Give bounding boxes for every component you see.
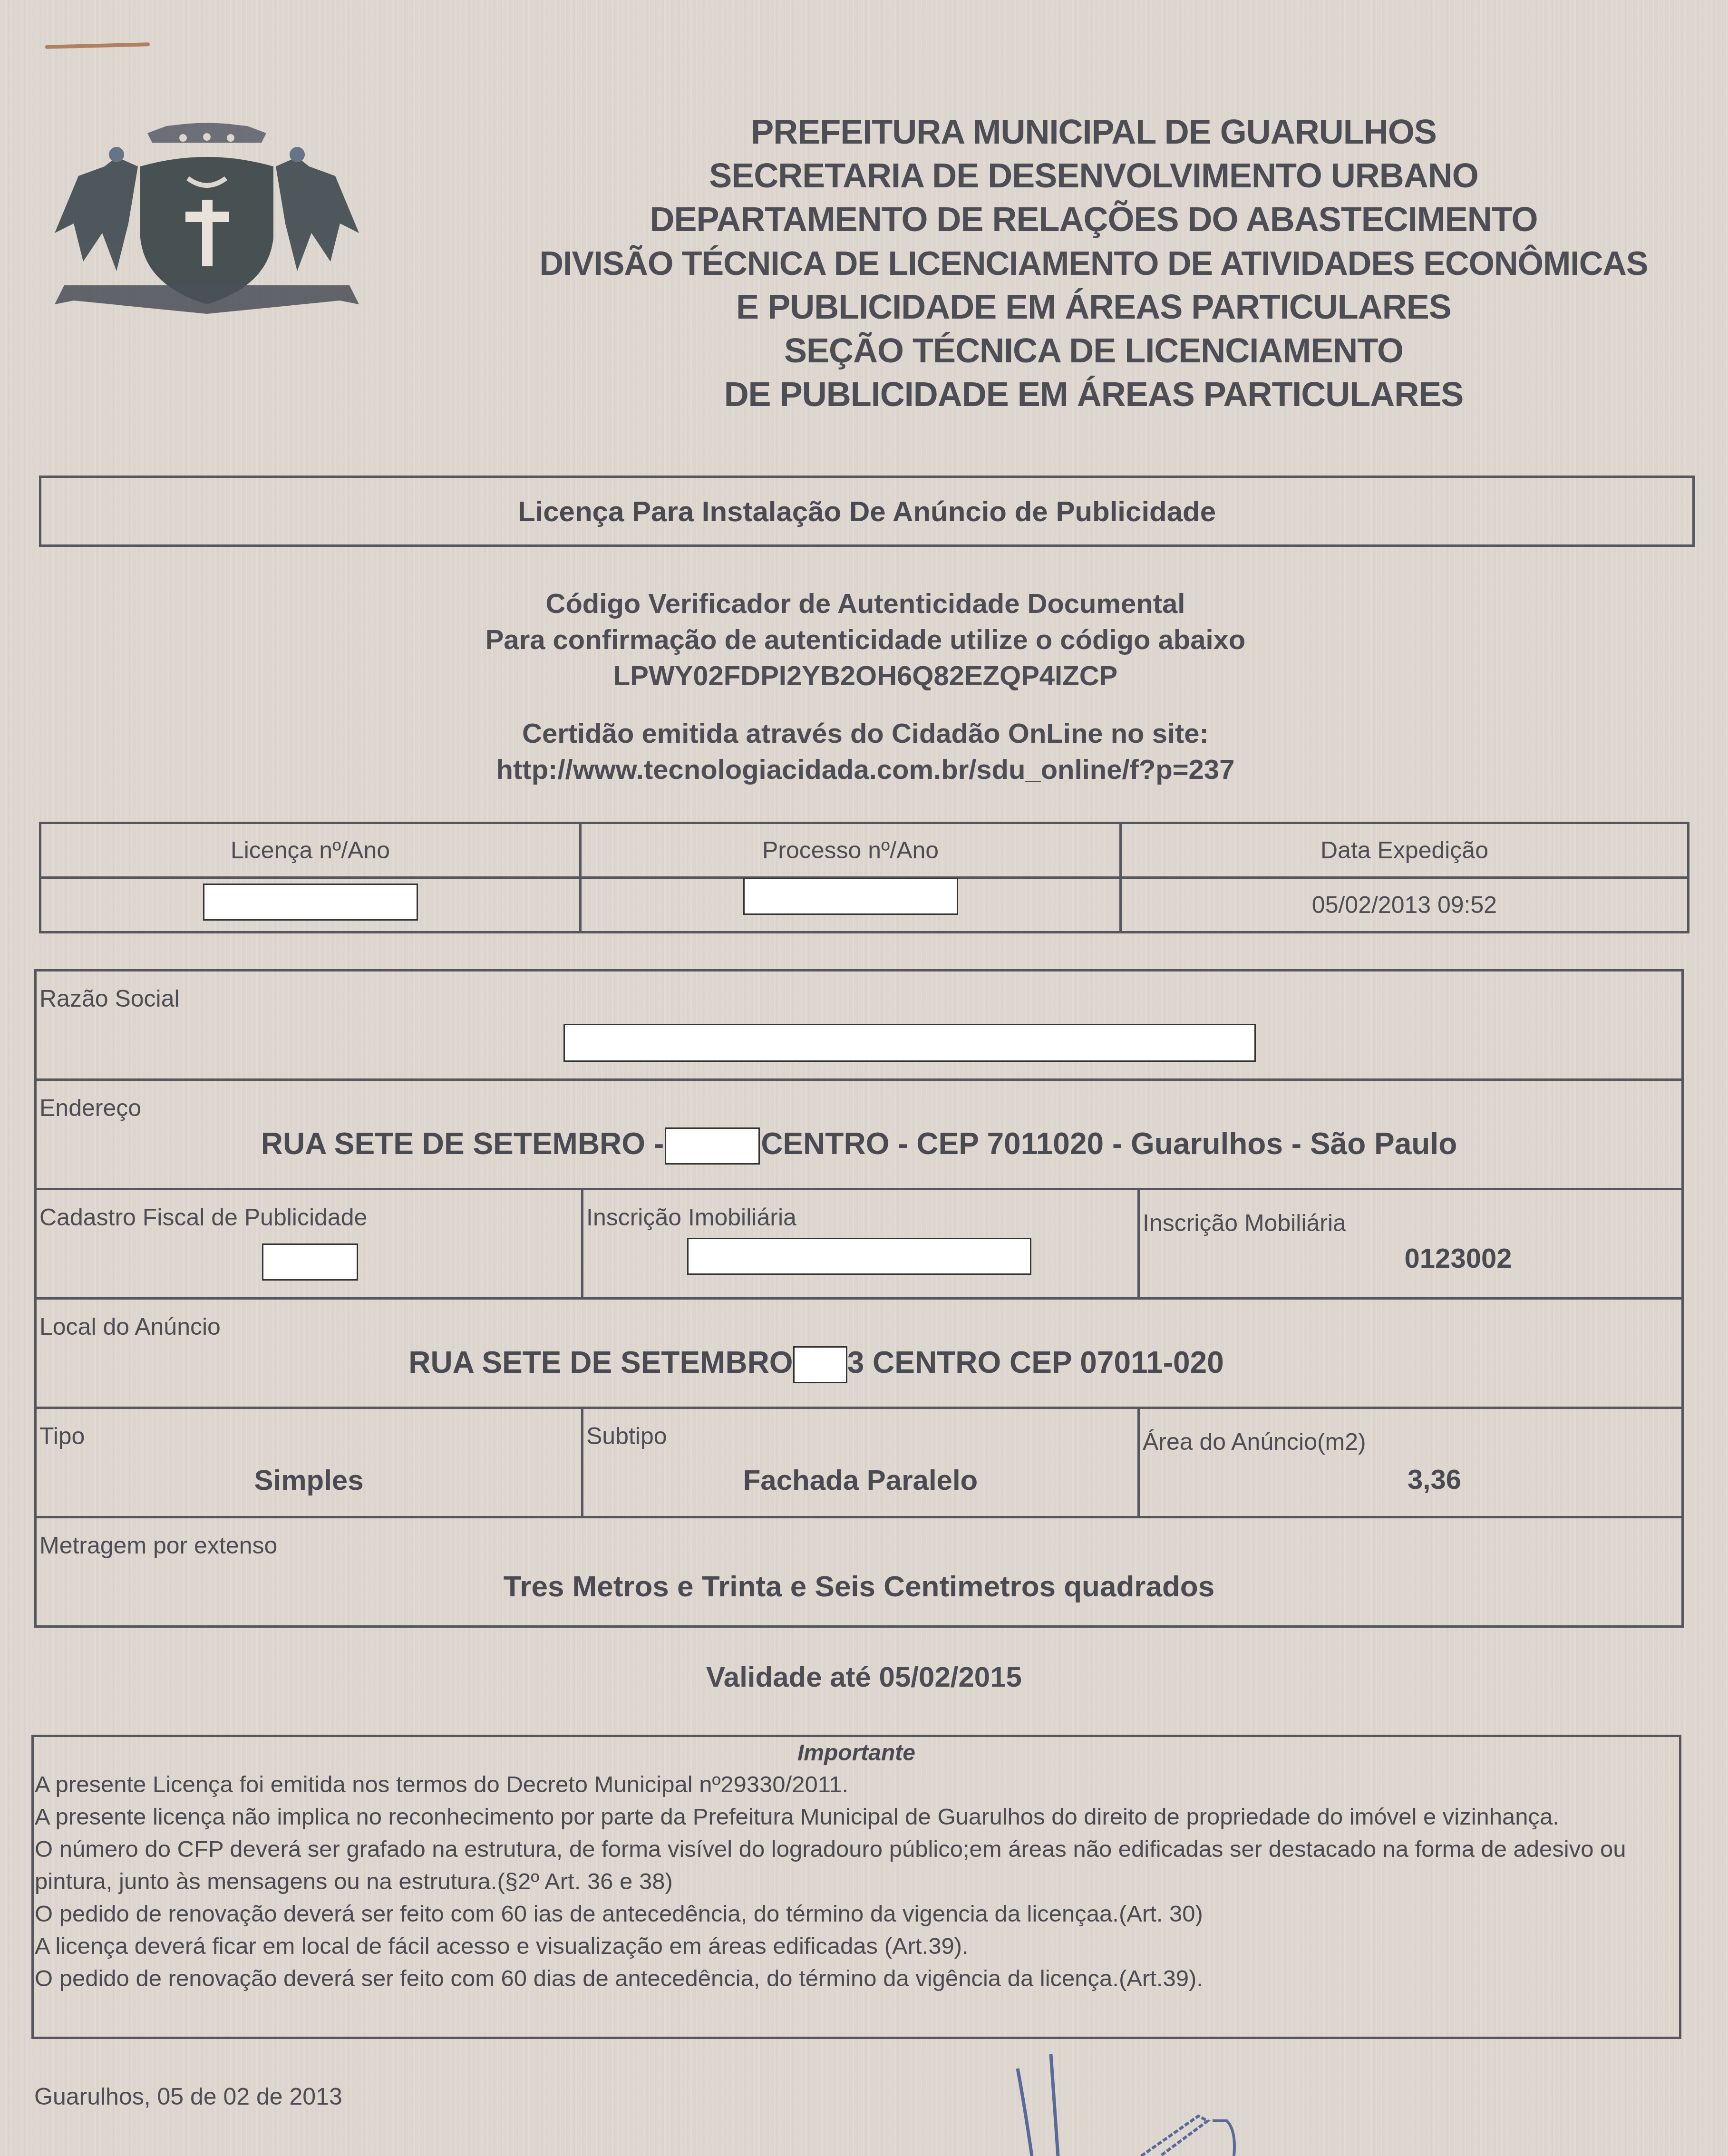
important-note: O número do CFP deverá ser grafado na es… bbox=[34, 1833, 1679, 1898]
issuance-url: http://www.tecnologiacidada.com.br/sdu_o… bbox=[238, 752, 1493, 788]
important-note: A presente Licença foi emitida nos termo… bbox=[34, 1768, 1679, 1801]
field-value: Simples bbox=[37, 1464, 581, 1496]
field-value: 3,36 bbox=[1140, 1464, 1681, 1496]
table-row: Tipo Simples Subtipo Fachada Paralelo Ár… bbox=[36, 1408, 1683, 1517]
field-tipo: Tipo Simples bbox=[36, 1408, 582, 1517]
field-value: Tres Metros e Trinta e Seis Centimetros … bbox=[37, 1570, 1681, 1603]
field-cadastro-fiscal: Cadastro Fiscal de Publicidade bbox=[36, 1189, 582, 1299]
column-header-issue-date: Data Expedição bbox=[1121, 823, 1689, 878]
field-label: Inscrição Imobiliária bbox=[586, 1204, 796, 1231]
redaction-box bbox=[203, 884, 418, 921]
pen-mark bbox=[45, 42, 150, 49]
important-note: A presente licença não implica no reconh… bbox=[34, 1801, 1679, 1833]
field-value: RUA SETE DE SETEMBRO3 CENTRO CEP 07011-0… bbox=[37, 1345, 1681, 1383]
location-part: RUA SETE DE SETEMBRO bbox=[408, 1345, 793, 1379]
field-area: Área do Anúncio(m2) 3,36 bbox=[1139, 1408, 1683, 1517]
header-line: E PUBLICIDADE EM ÁREAS PARTICULARES bbox=[456, 285, 1728, 329]
verification-code: LPWY02FDPI2YB2OH6Q82EZQP4IZCP bbox=[238, 658, 1493, 694]
license-header-table: Licença nº/Ano Processo nº/Ano Data Expe… bbox=[39, 822, 1689, 933]
field-label: Área do Anúncio(m2) bbox=[1143, 1428, 1366, 1456]
redaction-box bbox=[687, 1238, 1031, 1275]
validity-date: Validade até 05/02/2015 bbox=[0, 1661, 1728, 1693]
important-note: O pedido de renovação deverá ser feito c… bbox=[34, 1962, 1679, 1995]
table-row: Metragem por extenso Tres Metros e Trint… bbox=[36, 1517, 1683, 1627]
important-notes-box: Importante A presente Licença foi emitid… bbox=[31, 1735, 1681, 2039]
field-value: Fachada Paralelo bbox=[583, 1464, 1137, 1496]
table-row: Endereço RUA SETE DE SETEMBRO -CENTRO - … bbox=[36, 1080, 1683, 1189]
redaction-box bbox=[793, 1346, 847, 1383]
header-line: DIVISÃO TÉCNICA DE LICENCIAMENTO DE ATIV… bbox=[456, 242, 1728, 285]
verification-instruction: Para confirmação de autenticidade utiliz… bbox=[238, 622, 1493, 658]
table-row: 05/02/2013 09:52 bbox=[40, 878, 1689, 932]
issue-date-value: 05/02/2013 09:52 bbox=[1121, 878, 1689, 932]
column-header-process: Processo nº/Ano bbox=[581, 823, 1121, 878]
header-line: DE PUBLICIDADE EM ÁREAS PARTICULARES bbox=[456, 373, 1728, 417]
coat-of-arms-icon bbox=[45, 114, 369, 319]
document-header: PREFEITURA MUNICIPAL DE GUARULHOS SECRET… bbox=[456, 110, 1728, 417]
document-title-box: Licença Para Instalação De Anúncio de Pu… bbox=[39, 476, 1695, 547]
field-subtipo: Subtipo Fachada Paralelo bbox=[582, 1408, 1139, 1517]
field-local-anuncio: Local do Anúncio RUA SETE DE SETEMBRO3 C… bbox=[36, 1299, 1683, 1408]
verification-block: Código Verificador de Autenticidade Docu… bbox=[238, 586, 1493, 694]
redaction-box bbox=[743, 878, 958, 915]
header-line: SEÇÃO TÉCNICA DE LICENCIAMENTO bbox=[456, 329, 1728, 373]
field-label: Local do Anúncio bbox=[39, 1313, 221, 1340]
important-note: O pedido de renovação deverá ser feito c… bbox=[34, 1898, 1679, 1930]
document-title: Licença Para Instalação De Anúncio de Pu… bbox=[518, 495, 1216, 528]
verification-heading: Código Verificador de Autenticidade Docu… bbox=[238, 586, 1493, 622]
field-endereco: Endereço RUA SETE DE SETEMBRO -CENTRO - … bbox=[36, 1080, 1683, 1189]
table-header-row: Licença nº/Ano Processo nº/Ano Data Expe… bbox=[40, 823, 1689, 878]
field-label: Endereço bbox=[39, 1094, 141, 1122]
field-value: RUA SETE DE SETEMBRO -CENTRO - CEP 70110… bbox=[37, 1126, 1681, 1165]
field-razao-social: Razão Social bbox=[36, 971, 1683, 1080]
field-inscricao-mobiliaria: Inscrição Mobiliária 0123002 bbox=[1139, 1189, 1683, 1299]
header-line: DEPARTAMENTO DE RELAÇÕES DO ABASTECIMENT… bbox=[456, 198, 1728, 242]
place-and-date: Guarulhos, 05 de 02 de 2013 bbox=[34, 2083, 342, 2110]
redaction-box bbox=[262, 1243, 358, 1281]
address-part: CENTRO - CEP 7011020 - Guarulhos - São P… bbox=[761, 1127, 1457, 1161]
field-metragem: Metragem por extenso Tres Metros e Trint… bbox=[36, 1517, 1683, 1627]
license-details-table: Razão Social Endereço RUA SETE DE SETEMB… bbox=[34, 969, 1684, 1628]
important-title: Importante bbox=[34, 1738, 1679, 1768]
field-label: Subtipo bbox=[586, 1422, 667, 1450]
header-line: SECRETARIA DE DESENVOLVIMENTO URBANO bbox=[456, 154, 1728, 198]
license-number-cell bbox=[40, 878, 581, 932]
field-label: Inscrição Mobiliária bbox=[1143, 1209, 1346, 1237]
table-row: Local do Anúncio RUA SETE DE SETEMBRO3 C… bbox=[36, 1299, 1683, 1408]
field-label: Cadastro Fiscal de Publicidade bbox=[39, 1204, 367, 1231]
header-line: PREFEITURA MUNICIPAL DE GUARULHOS bbox=[456, 110, 1728, 154]
process-number-cell bbox=[581, 878, 1121, 932]
redaction-box bbox=[563, 1024, 1256, 1062]
important-note: A licença deverá ficar em local de fácil… bbox=[34, 1930, 1679, 1962]
issuance-text: Certidão emitida através do Cidadão OnLi… bbox=[238, 716, 1493, 752]
issuance-site-block: Certidão emitida através do Cidadão OnLi… bbox=[238, 716, 1493, 788]
location-part: 3 CENTRO CEP 07011-020 bbox=[847, 1345, 1224, 1379]
field-value: 0123002 bbox=[1140, 1243, 1681, 1274]
table-row: Razão Social bbox=[36, 971, 1683, 1080]
table-row: Cadastro Fiscal de Publicidade Inscrição… bbox=[36, 1189, 1683, 1299]
field-label: Razão Social bbox=[39, 985, 180, 1012]
field-inscricao-imobiliaria: Inscrição Imobiliária bbox=[582, 1189, 1139, 1299]
address-part: RUA SETE DE SETEMBRO - bbox=[261, 1127, 664, 1161]
column-header-license: Licença nº/Ano bbox=[40, 823, 581, 878]
field-label: Tipo bbox=[39, 1422, 85, 1450]
redaction-box bbox=[665, 1127, 760, 1165]
field-label: Metragem por extenso bbox=[39, 1532, 277, 1559]
signature-icon bbox=[999, 2054, 1427, 2156]
